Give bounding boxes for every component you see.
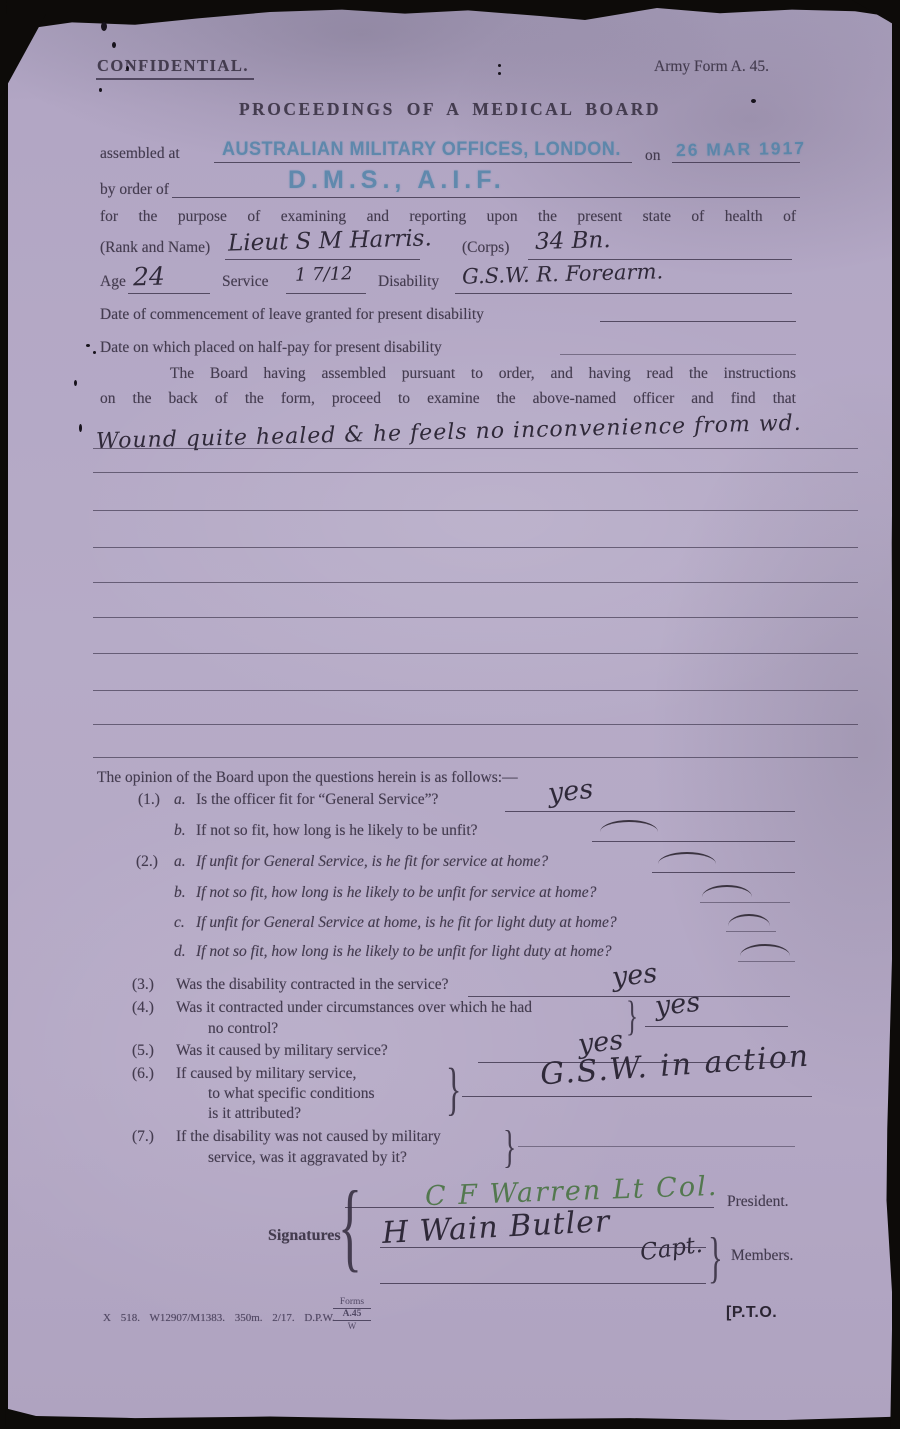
dash-answer-mark [658, 852, 716, 864]
board-paragraph-line2: on the back of the form, proceed to exam… [100, 389, 796, 408]
members-label: Members. [731, 1246, 793, 1265]
footer-forms-top: Forms [333, 1297, 371, 1309]
corps-value: 34 Bn. [535, 227, 611, 255]
ruled-line [93, 582, 858, 583]
q6-text-line3: is it attributed? [208, 1104, 301, 1123]
dash-answer-mark [702, 885, 752, 897]
q2b-answer-line [700, 902, 790, 903]
ruled-line [93, 472, 858, 473]
q3-answer: yes [611, 958, 659, 994]
q1a-sub: a. [174, 790, 186, 809]
form-number: Army Form A. 45. [654, 57, 769, 76]
service-line [286, 293, 366, 294]
q6-text-line2: to what specific conditions [208, 1084, 375, 1103]
corps-label: (Corps) [462, 238, 509, 257]
rank-name-value: Lieut S M Harris. [228, 225, 432, 256]
q1b-answer-line [592, 841, 795, 842]
on-label: on [645, 146, 661, 165]
half-pay-line [560, 354, 796, 355]
ink-speck [101, 22, 107, 31]
footer-forms-bottom: W [333, 1321, 371, 1331]
age-label: Age [100, 272, 126, 291]
ink-speck [74, 380, 77, 386]
ink-speck [751, 99, 756, 103]
q7-text-line2: service, was it aggravated by it? [208, 1148, 407, 1167]
purpose-line: for the purpose of examining and reporti… [100, 207, 796, 226]
q2a-sub: a. [174, 852, 186, 871]
q4-text-line1: Was it contracted under circumstances ov… [176, 998, 532, 1017]
age-value: 24 [133, 262, 166, 292]
q1a-answer-line [505, 811, 795, 812]
q7-answer-line [518, 1146, 795, 1147]
members-signature-line-2 [380, 1283, 706, 1284]
q1a-text: Is the officer fit for “General Service”… [196, 790, 438, 809]
leave-date-line [600, 321, 796, 322]
assembled-at-line [214, 162, 632, 163]
q5-text: Was it caused by military service? [176, 1041, 388, 1060]
q2a-answer-line [652, 872, 795, 873]
disability-label: Disability [378, 272, 439, 291]
q2d-sub: d. [174, 942, 186, 961]
half-pay-label: Date on which placed on half-pay for pre… [100, 338, 442, 357]
ruled-line [93, 757, 858, 758]
q1b-text: If not so fit, how long is he likely to … [196, 821, 478, 840]
q4-brace: } [626, 996, 638, 1038]
ruled-line [93, 448, 858, 449]
q2a-text: If unfit for General Service, is he fit … [196, 852, 548, 871]
q7-brace: } [503, 1124, 516, 1170]
rank-name-label: (Rank and Name) [100, 238, 210, 257]
q2c-sub: c. [174, 913, 185, 932]
q2c-answer-line [726, 931, 776, 932]
by-order-stamp: D.M.S., A.I.F. [288, 166, 506, 195]
q6-brace: } [446, 1060, 461, 1118]
by-order-label: by order of [100, 180, 169, 199]
q7-text-line1: If the disability was not caused by mili… [176, 1127, 441, 1146]
place-stamp: AUSTRALIAN MILITARY OFFICES, LONDON. [222, 139, 621, 161]
q1b-sub: b. [174, 821, 186, 840]
disability-line [455, 293, 792, 294]
q4-text-line2: no control? [208, 1019, 278, 1038]
ruled-line [93, 724, 858, 725]
service-value: 1 7/12 [295, 263, 353, 286]
q2b-sub: b. [174, 883, 186, 902]
opinion-heading: The opinion of the Board upon the questi… [97, 768, 518, 787]
assembled-at-label: assembled at [100, 144, 180, 163]
ink-speck [79, 424, 82, 432]
footer-forms-stack: Forms A.45 W [333, 1297, 371, 1331]
q2b-text: If not so fit, how long is he likely to … [196, 883, 596, 902]
footer-imprint: X 518. W12907/M1383. 350m. 2/17. D.P.W. [103, 1312, 335, 1326]
signatures-left-brace: { [338, 1176, 362, 1276]
ruled-line [93, 547, 858, 548]
ink-mark-colon2 [498, 72, 501, 75]
ink-mark-colon [498, 64, 501, 67]
ink-speck [126, 66, 129, 71]
q5-number: (5.) [132, 1041, 154, 1060]
q2d-answer-line [738, 961, 795, 962]
dash-answer-mark [600, 820, 658, 832]
rank-name-line [225, 259, 420, 260]
q7-number: (7.) [132, 1127, 154, 1146]
dash-answer-mark [728, 914, 770, 926]
q4-answer-line [645, 1026, 788, 1027]
pto-label: [P.T.O. [726, 1304, 777, 1322]
board-paragraph-line1: The Board having assembled pursuant to o… [170, 364, 796, 383]
q4-number: (4.) [132, 998, 154, 1017]
classification-underline [96, 78, 254, 80]
service-label: Service [222, 272, 268, 291]
q1a-answer: yes [547, 774, 595, 810]
ink-speck [99, 88, 102, 92]
ruled-line [93, 617, 858, 618]
margin-mark-1 [86, 344, 90, 347]
classification-heading: CONFIDENTIAL. [97, 56, 249, 77]
ink-speck [112, 42, 116, 48]
disability-value: G.S.W. R. Forearm. [462, 259, 664, 288]
q6-number: (6.) [132, 1064, 154, 1083]
date-line [672, 162, 800, 163]
leave-date-label: Date of commencement of leave granted fo… [100, 305, 484, 324]
form-content: CONFIDENTIAL. Army Form A. 45. PROCEEDIN… [0, 0, 900, 1429]
q6-text-line1: If caused by military service, [176, 1064, 356, 1083]
dash-answer-mark [740, 944, 790, 956]
date-stamp: 26 MAR 1917 [676, 138, 806, 161]
q3-number: (3.) [132, 975, 154, 994]
president-label: President. [727, 1192, 789, 1211]
q6-answer-line [462, 1096, 812, 1097]
footer-forms-mid: A.45 [333, 1309, 371, 1321]
members-signature-line-1 [380, 1247, 706, 1248]
q2a-number: (2.) [136, 852, 158, 871]
q4-answer: yes [654, 987, 702, 1023]
ruled-line [93, 510, 858, 511]
age-line [128, 293, 210, 294]
margin-mark-2 [93, 351, 96, 354]
members-right-brace: } [708, 1230, 723, 1286]
ruled-line [93, 690, 858, 691]
ruled-line [93, 653, 858, 654]
by-order-line [172, 197, 800, 198]
member-signature-2: Capt. [638, 1232, 704, 1266]
q3-text: Was the disability contracted in the ser… [176, 975, 448, 994]
signatures-label: Signatures [268, 1226, 341, 1246]
q2c-text: If unfit for General Service at home, is… [196, 913, 617, 932]
form-title: PROCEEDINGS OF A MEDICAL BOARD [100, 99, 800, 121]
member-signature-1: H Wain Butler [381, 1204, 611, 1251]
q1a-number: (1.) [138, 790, 160, 809]
q2d-text: If not so fit, how long is he likely to … [196, 942, 611, 961]
